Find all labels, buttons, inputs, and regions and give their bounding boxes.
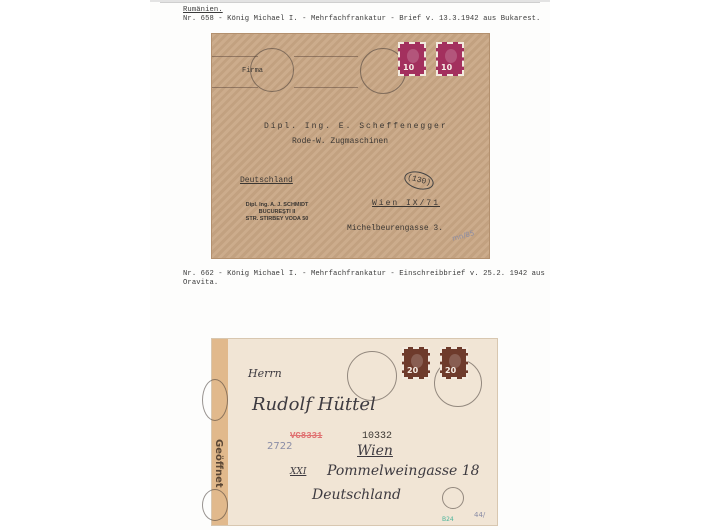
addressee-company: Rode-W. Zugmaschinen (292, 137, 388, 146)
censor-seal (202, 379, 228, 421)
stamp: 20 (402, 347, 430, 379)
destination-street: Michelbeurengasse 3. (347, 224, 443, 233)
destination-district: XXI (290, 467, 306, 477)
sender-street: STR. STIRBEY VODA 50 (242, 216, 312, 223)
sender-name: Dipl. Ing. A. J. SCHMIDT (242, 202, 312, 209)
machine-cancel-slogan (294, 56, 358, 88)
registration-number: 10332 (362, 431, 392, 442)
censor-mark: (130) (402, 168, 435, 192)
addressee-name: Rudolf Hüttel (252, 394, 376, 415)
sender-city: BUCUREŞTI II (242, 209, 312, 216)
green-mark: B24 (442, 516, 454, 523)
firma-label: Firma (242, 67, 263, 75)
country-heading: Rumänien. (183, 6, 223, 15)
addressee-name: Dipl. Ing. E. Scheffenegger (264, 122, 448, 131)
stamp: 10 (398, 42, 426, 76)
registration-number-struck: VC8331 (290, 431, 322, 441)
pencil-note: mn/85 (451, 229, 475, 243)
item2-caption-line2: Oravita. (183, 279, 218, 288)
salutation: Herrn (248, 367, 282, 380)
stamp: 10 (436, 42, 464, 76)
destination-country: Deutschland (312, 487, 401, 503)
sender-imprint: Dipl. Ing. A. J. SCHMIDT BUCUREŞTI II ST… (242, 202, 312, 223)
page-edge-line (160, 2, 540, 3)
stamp: 20 (440, 347, 468, 379)
pencil-number: 2722 (267, 441, 292, 452)
cover-2-envelope: Geöffnet 20 20 Herrn Rudolf Hüttel VC833… (212, 339, 497, 525)
destination-city: Wien IX/71 (372, 199, 440, 208)
item1-caption: Nr. 658 - König Michael I. - Mehrfachfra… (183, 15, 540, 24)
cover-1-envelope: Firma 10 10 Dipl. Ing. E. Scheffenegger … (212, 34, 489, 258)
pencil-note: 44/ (474, 511, 485, 519)
censor-seal (202, 489, 228, 521)
item2-caption-line1: Nr. 662 - König Michael I. - Mehrfachfra… (183, 270, 545, 279)
destination-city: Wien (357, 443, 393, 459)
censor-tape: Geöffnet (212, 339, 228, 525)
small-postmark (442, 487, 464, 509)
censor-tape-text: Geöffnet (213, 439, 224, 488)
destination-street: Pommelweingasse 18 (327, 463, 480, 479)
destination-country: Deutschland (240, 176, 293, 185)
